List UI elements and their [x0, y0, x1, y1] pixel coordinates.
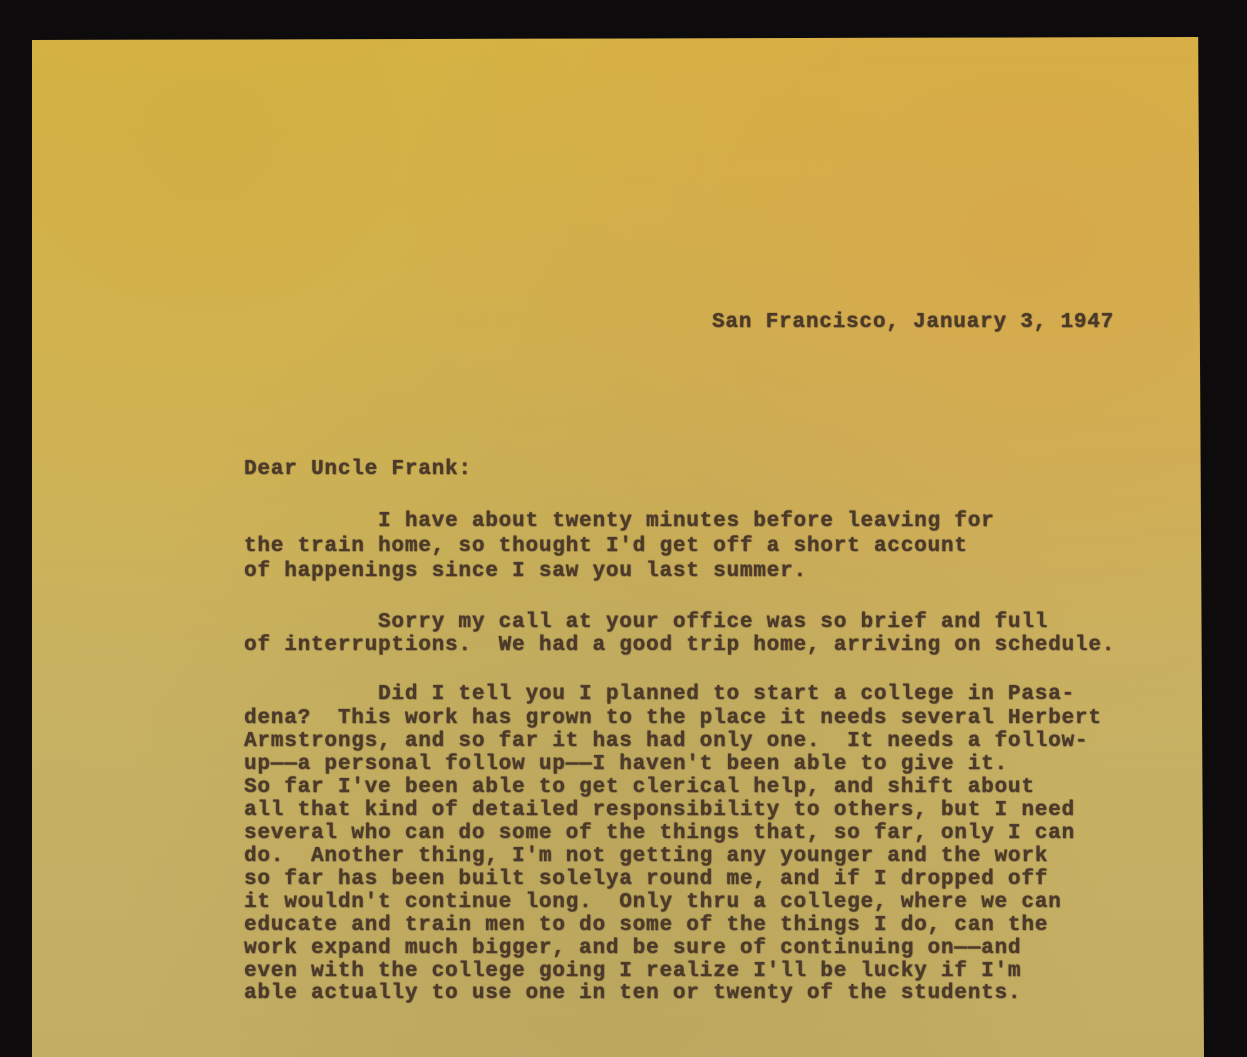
dateline: San Francisco, January 3, 1947	[712, 311, 1114, 334]
paragraph-3-line-14: able actually to use one in ten or twent…	[244, 982, 1021, 1005]
paragraph-3-line-2: dena? This work has grown to the place i…	[244, 707, 1102, 730]
paragraph-3-line-4: up——a personal follow up——I haven't been…	[244, 753, 1008, 776]
salutation: Dear Uncle Frank:	[244, 458, 472, 481]
paragraph-3-line-3: Armstrongs, and so far it has had only o…	[244, 730, 1088, 753]
paragraph-3-line-6: all that kind of detailed responsibility…	[244, 799, 1075, 822]
paragraph-2-line-1: Sorry my call at your office was so brie…	[244, 611, 1048, 634]
paragraph-3-line-11: educate and train men to do some of the …	[244, 914, 1048, 937]
paragraph-3-line-5: So far I've been able to get clerical he…	[244, 776, 1035, 799]
typewritten-letter: San Francisco, January 3, 1947 Dear Uncl…	[32, 37, 1204, 1045]
paragraph-3-line-7: several who can do some of the things th…	[244, 822, 1075, 845]
paragraph-3-line-10: it wouldn't continue long. Only thru a c…	[244, 891, 1062, 914]
paragraph-1-line-2: the train home, so thought I'd get off a…	[244, 535, 968, 558]
paragraph-3-line-9: so far has been built solelya round me, …	[244, 868, 1048, 891]
paragraph-3-line-13: even with the college going I realize I'…	[244, 960, 1021, 983]
letter-page: San Francisco, January 3, 1947 Dear Uncl…	[32, 37, 1204, 1045]
paragraph-1-line-1: I have about twenty minutes before leavi…	[244, 510, 995, 533]
paragraph-2-line-2: of interruptions. We had a good trip hom…	[244, 634, 1115, 657]
paragraph-3-line-8: do. Another thing, I'm not getting any y…	[244, 845, 1048, 868]
paragraph-1-line-3: of happenings since I saw you last summe…	[244, 560, 807, 583]
paragraph-3-line-12: work expand much bigger, and be sure of …	[244, 937, 1021, 960]
paragraph-3-line-1: Did I tell you I planned to start a coll…	[244, 683, 1075, 706]
